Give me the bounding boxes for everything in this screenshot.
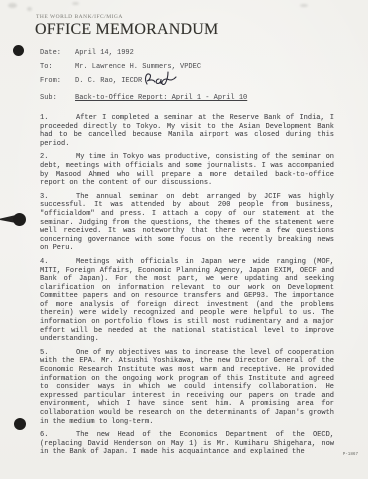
memo-subject-row: Sub:Back-to-Office Report: April 1 - Apr… [40, 91, 334, 105]
handwritten-initials-icon [143, 70, 177, 87]
memo-body: 1.After I completed a seminar at the Res… [40, 114, 334, 457]
memo-paragraph: 3.The annual seminar on debt arranged by… [40, 193, 334, 253]
hole-punch-icon [13, 213, 26, 226]
memo-page: THE WORLD BANK/IFC/MIGA OFFICE MEMORANDU… [0, 0, 368, 479]
paragraph-text: One of my objectives was to increase the… [40, 349, 334, 426]
hole-punch-icon [13, 45, 24, 56]
subject-label: Sub: [40, 91, 75, 105]
scan-smudge [72, 2, 79, 5]
paragraph-text: The annual seminar on debt arranged by J… [40, 193, 334, 253]
memo-from-row: From:D. C. Rao, IECDR [40, 74, 334, 91]
scan-smudge [8, 3, 17, 8]
memo-paragraph: 1.After I completed a seminar at the Res… [40, 114, 334, 148]
scan-smudge [300, 4, 308, 7]
hole-punch-icon [14, 418, 26, 430]
paragraph-number: 4. [40, 258, 76, 267]
memo-paragraph: 4.Meetings with officials in Japan were … [40, 258, 334, 344]
paragraph-text: Meetings with officials in Japan were wi… [40, 258, 334, 343]
to-value: Mr. Lawrence H. Summers, VPDEC [75, 60, 201, 74]
subject-value: Back-to-Office Report: April 1 - April 1… [75, 91, 247, 105]
to-label: To: [40, 60, 75, 74]
paragraph-number: 2. [40, 153, 76, 162]
date-value: April 14, 1992 [75, 46, 134, 60]
memo-to-row: To:Mr. Lawrence H. Summers, VPDEC [40, 60, 334, 74]
memo-paragraph: 2.My time in Tokyo was productive, consi… [40, 153, 334, 187]
memo-paragraph: 6.The new Head of the Economics Departme… [40, 431, 334, 457]
paragraph-text: The new Head of the Economics Department… [40, 431, 334, 456]
form-number: P-1867 [343, 451, 358, 456]
from-value: D. C. Rao, IECDR [75, 74, 142, 88]
paragraph-text: After I completed a seminar at the Reser… [40, 114, 334, 148]
org-line: THE WORLD BANK/IFC/MIGA [36, 14, 334, 20]
paragraph-number: 1. [40, 114, 76, 123]
paragraph-text: My time in Tokyo was productive, consist… [40, 153, 334, 187]
from-label: From: [40, 74, 75, 88]
date-label: Date: [40, 46, 75, 60]
memo-meta: Date:April 14, 1992 To:Mr. Lawrence H. S… [40, 46, 334, 105]
memo-date-row: Date:April 14, 1992 [40, 46, 334, 60]
paragraph-number: 6. [40, 431, 76, 440]
memo-paragraph: 5.One of my objectives was to increase t… [40, 349, 334, 426]
scan-smudge [27, 7, 32, 11]
memo-content: THE WORLD BANK/IFC/MIGA OFFICE MEMORANDU… [40, 14, 334, 462]
memo-title: OFFICE MEMORANDUM [35, 21, 334, 39]
